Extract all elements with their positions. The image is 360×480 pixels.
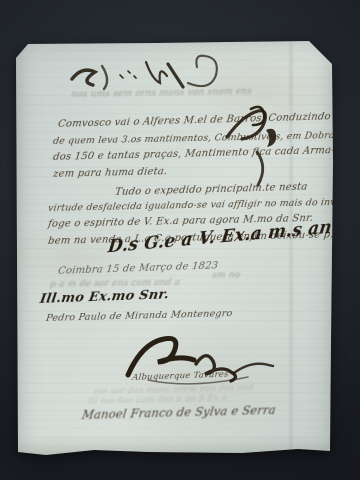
salutation-line: Ill.mo Ex.mo Snr.	[39, 288, 170, 306]
docket-signature: Manoel Franco de Sylva e Serra	[81, 405, 276, 422]
ink-curl-icon	[252, 149, 272, 189]
paper-surface: nos ums sem orns mons von snom ens Comvo…	[16, 41, 334, 458]
photo-of-manuscript: nos ums sem orns mons von snom ens Comvo…	[0, 0, 360, 480]
manuscript-line: zem para huma dieta.	[52, 167, 168, 180]
paper-crease	[290, 41, 292, 458]
manuscript-line: Tudo o expedido principalm.te nesta	[114, 183, 308, 198]
ghost-line: sm no	[211, 271, 240, 281]
paper-sheet: nos ums sem orns mons von snom ens Comvo…	[16, 41, 334, 458]
addressee-line: Pedro Paulo de Miranda Montenegro	[45, 309, 233, 324]
date-line: Coimbra 15 de Março de 1823	[57, 261, 218, 277]
